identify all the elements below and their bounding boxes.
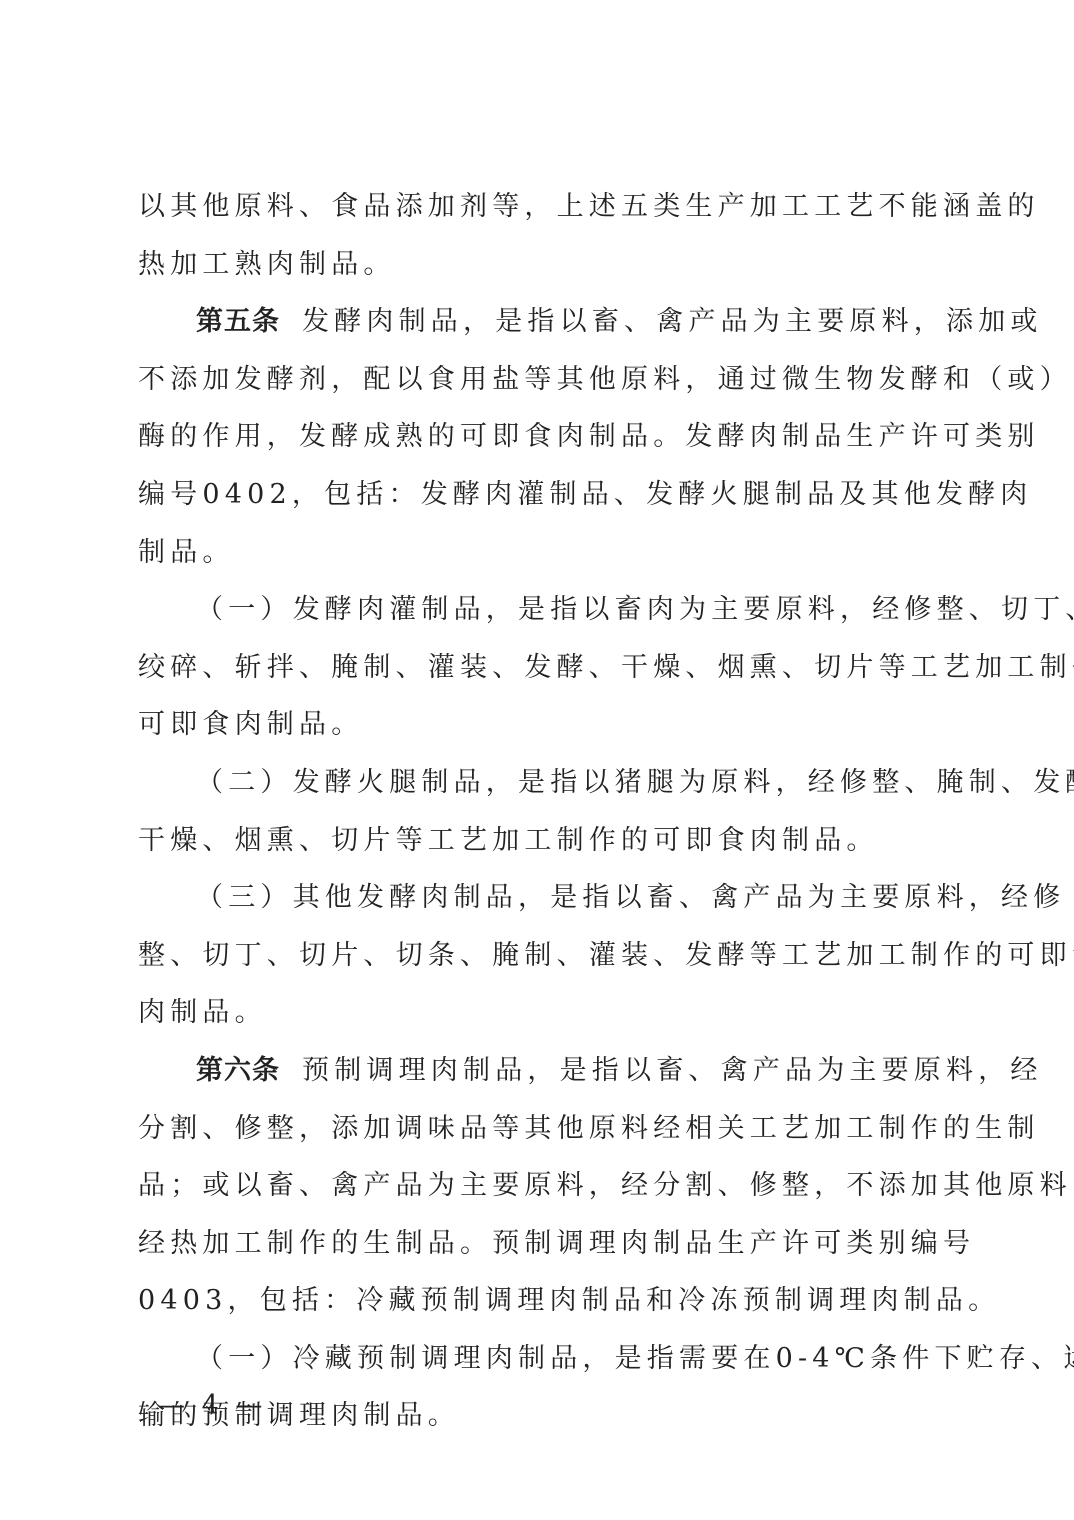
text-line: 发酵肉制品，是指以畜、禽产品为主要原料，添加或 [302, 306, 1043, 337]
text-line: 热加工熟肉制品。 [138, 236, 938, 294]
text-line: 编号0402，包括：发酵肉灌制品、发酵火腿制品及其他发酵肉 [138, 466, 938, 524]
text-line: 肉制品。 [138, 984, 938, 1042]
text-line: （三）其他发酵肉制品，是指以畜、禽产品为主要原料，经修 [138, 869, 938, 927]
article-6-item-1: （一）冷藏预制调理肉制品，是指需要在0-4℃条件下贮存、运 输的预制调理肉制品。 [138, 1330, 938, 1445]
text-line: 可即食肉制品。 [138, 696, 938, 754]
document-page: 以其他原料、食品添加剂等，上述五类生产加工工艺不能涵盖的 热加工熟肉制品。 第五… [138, 178, 938, 1445]
article-5-item-1: （一）发酵肉灌制品，是指以畜肉为主要原料，经修整、切丁、 绞碎、斩拌、腌制、灌装… [138, 581, 938, 754]
article-5-item-3: （三）其他发酵肉制品，是指以畜、禽产品为主要原料，经修 整、切丁、切片、切条、腌… [138, 869, 938, 1042]
article-5-first-line: 第五条发酵肉制品，是指以畜、禽产品为主要原料，添加或 [138, 293, 938, 351]
text-line: 预制调理肉制品，是指以畜、禽产品为主要原料，经 [302, 1055, 1043, 1086]
text-line: （一）发酵肉灌制品，是指以畜肉为主要原料，经修整、切丁、 [138, 581, 938, 639]
text-line: （一）冷藏预制调理肉制品，是指需要在0-4℃条件下贮存、运 [138, 1330, 938, 1388]
text-line: 干燥、烟熏、切片等工艺加工制作的可即食肉制品。 [138, 812, 938, 870]
text-line: 分割、修整，添加调味品等其他原料经相关工艺加工制作的生制 [138, 1100, 938, 1158]
paragraph-continuation: 以其他原料、食品添加剂等，上述五类生产加工工艺不能涵盖的 热加工熟肉制品。 [138, 178, 938, 293]
text-line: 经热加工制作的生制品。预制调理肉制品生产许可类别编号 [138, 1215, 938, 1273]
text-line: 以其他原料、食品添加剂等，上述五类生产加工工艺不能涵盖的 [138, 178, 938, 236]
text-line: 品；或以畜、禽产品为主要原料，经分割、修整，不添加其他原料， [138, 1157, 938, 1215]
text-line: 整、切丁、切片、切条、腌制、灌装、发酵等工艺加工制作的可即食 [138, 927, 938, 985]
article-heading: 第六条 [196, 1055, 280, 1086]
article-heading: 第五条 [196, 306, 280, 337]
article-5-item-2: （二）发酵火腿制品，是指以猪腿为原料，经修整、腌制、发酵、 干燥、烟熏、切片等工… [138, 754, 938, 869]
text-line: 不添加发酵剂，配以食用盐等其他原料，通过微生物发酵和（或） [138, 351, 938, 409]
article-6-first-line: 第六条预制调理肉制品，是指以畜、禽产品为主要原料，经 [138, 1042, 938, 1100]
text-line: 酶的作用，发酵成熟的可即食肉制品。发酵肉制品生产许可类别 [138, 408, 938, 466]
text-line: 绞碎、斩拌、腌制、灌装、发酵、干燥、烟熏、切片等工艺加工制作的 [138, 639, 938, 697]
article-5: 第五条发酵肉制品，是指以畜、禽产品为主要原料，添加或 不添加发酵剂，配以食用盐等… [138, 293, 938, 581]
text-line: 0403，包括：冷藏预制调理肉制品和冷冻预制调理肉制品。 [138, 1272, 938, 1330]
text-line: （二）发酵火腿制品，是指以猪腿为原料，经修整、腌制、发酵、 [138, 754, 938, 812]
article-6: 第六条预制调理肉制品，是指以畜、禽产品为主要原料，经 分割、修整，添加调味品等其… [138, 1042, 938, 1330]
page-number: — 4 — [158, 1390, 266, 1421]
text-line: 制品。 [138, 524, 938, 582]
